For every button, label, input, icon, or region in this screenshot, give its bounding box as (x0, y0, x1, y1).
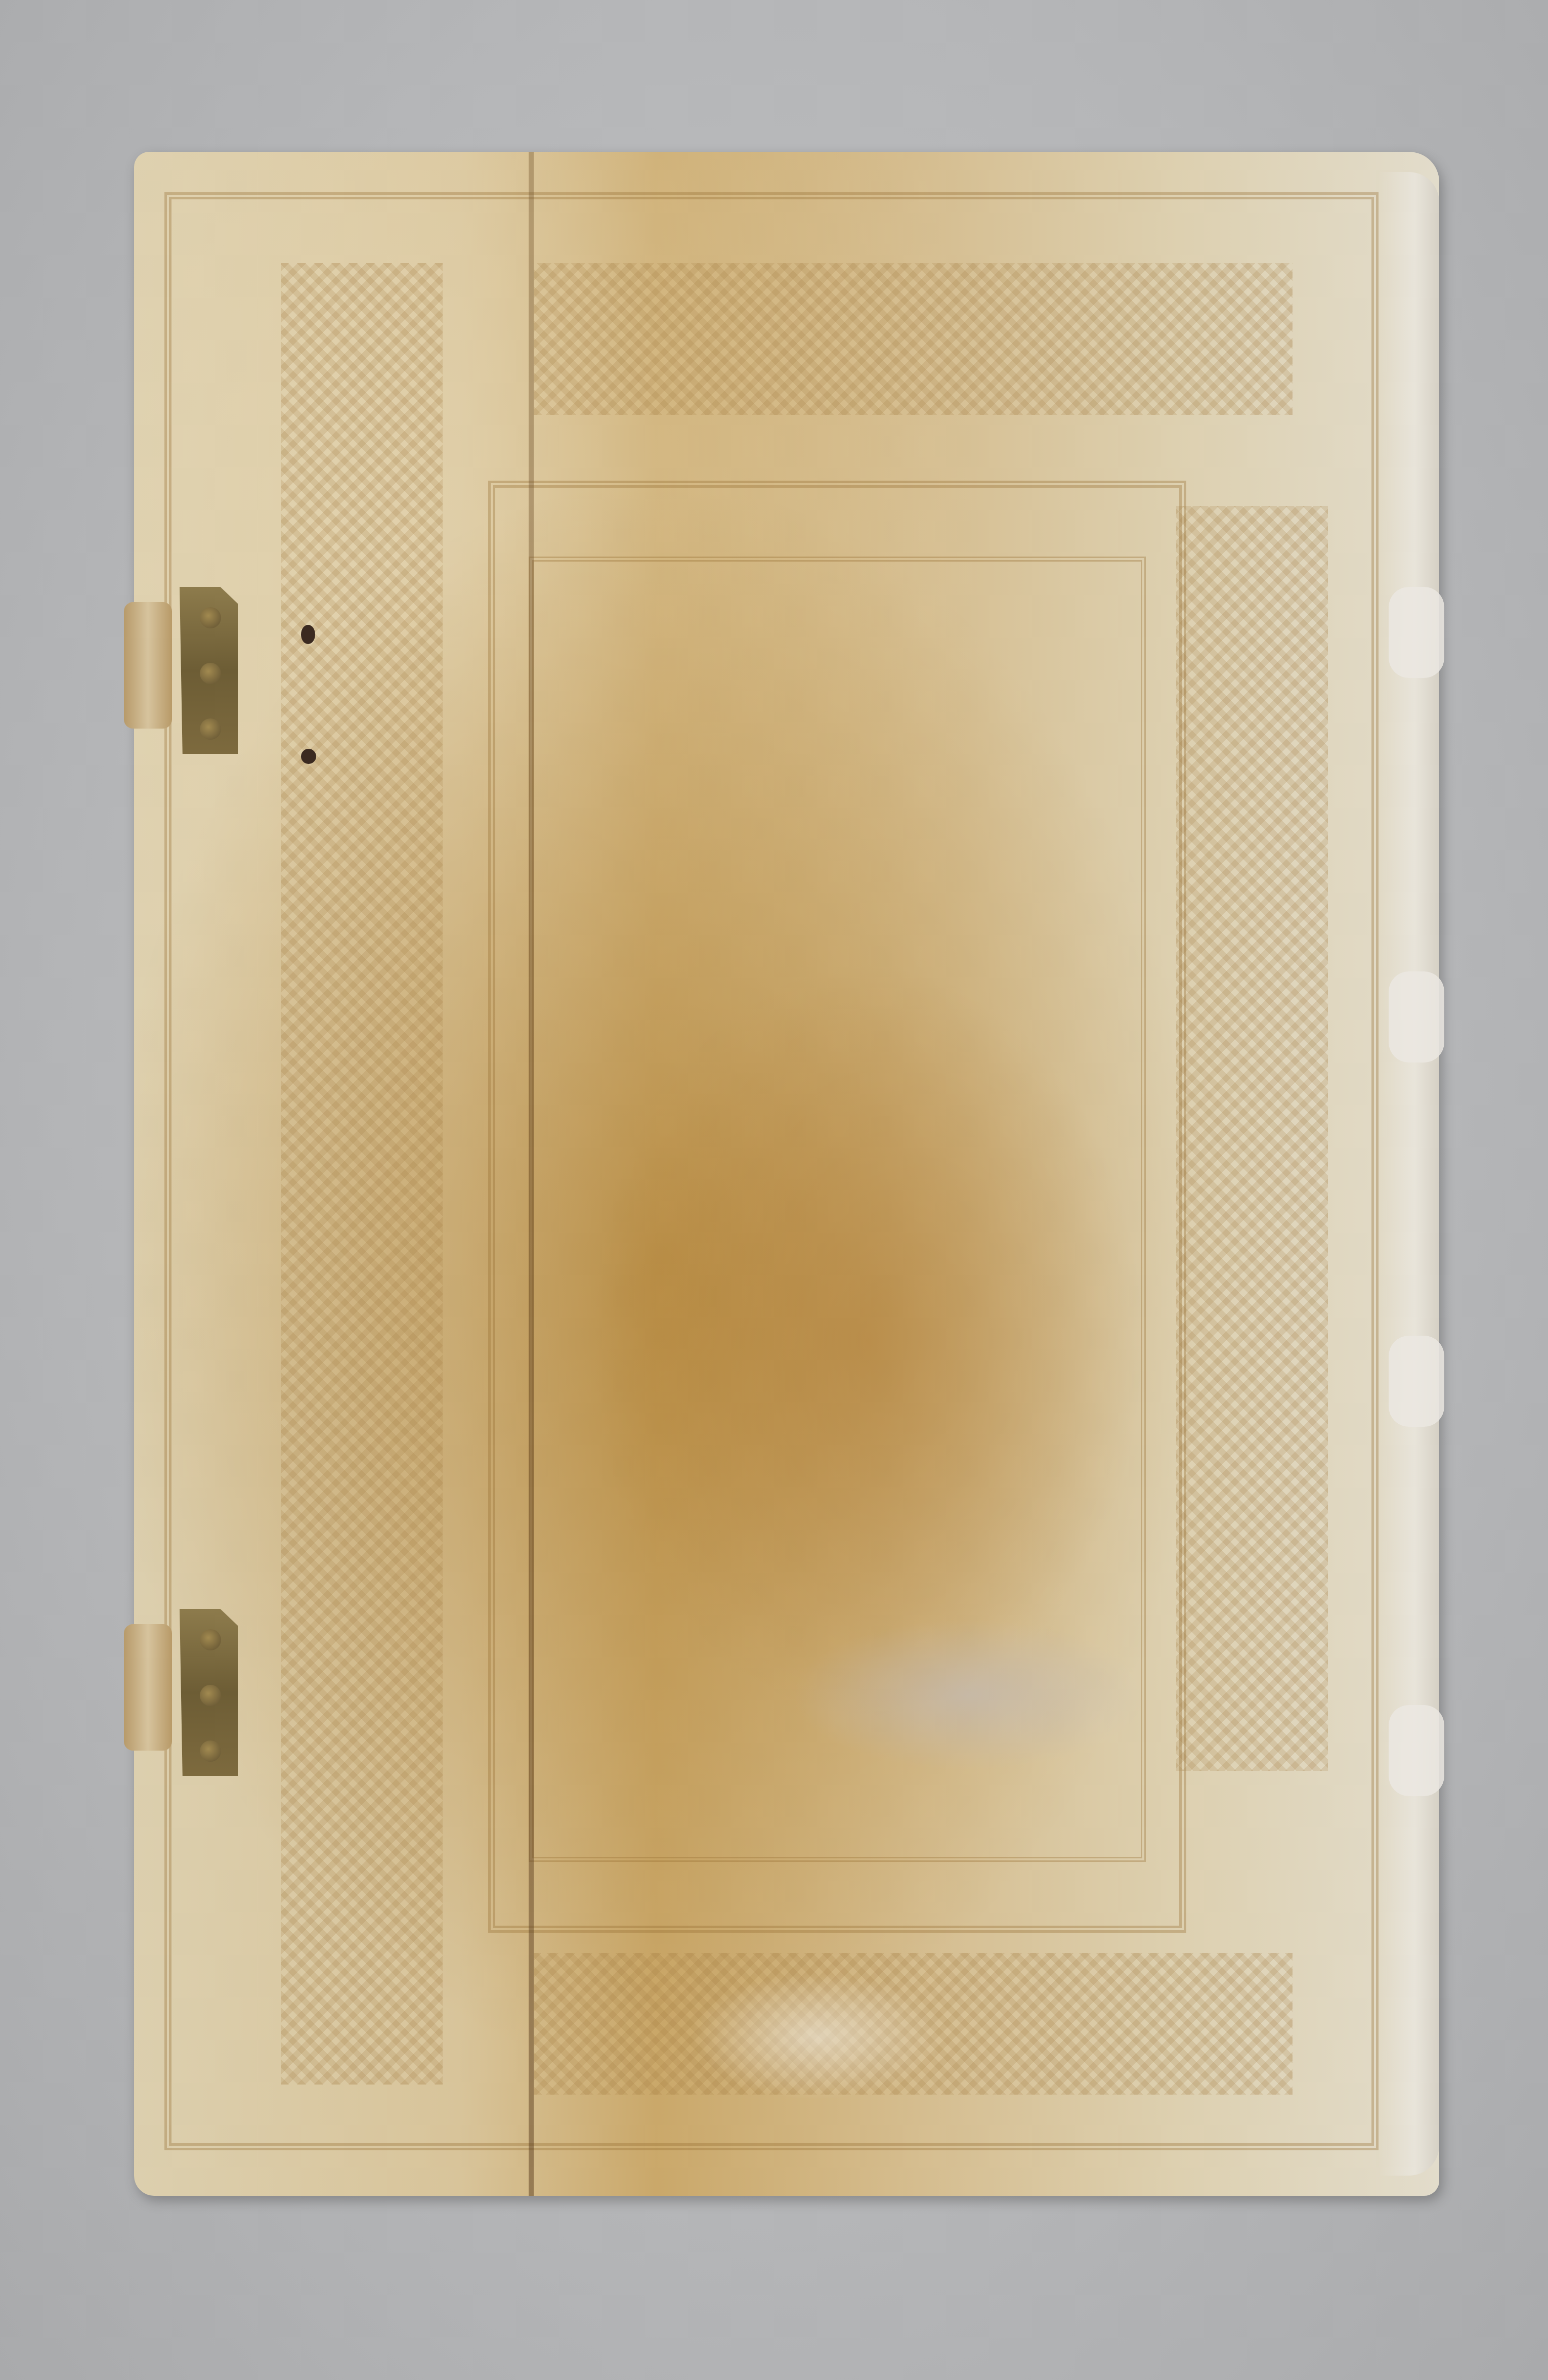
clasp-strap (124, 602, 172, 729)
rivet (200, 1740, 221, 1762)
worn-patch (792, 1619, 1146, 1771)
spine-band (1389, 587, 1444, 678)
rivet (200, 663, 221, 684)
rivet (200, 718, 221, 740)
rivet (200, 607, 221, 628)
clasp-strap (124, 1624, 172, 1751)
vellum-crack (529, 152, 534, 2196)
spine-band (1389, 971, 1444, 1062)
worm-hole (301, 625, 315, 644)
worm-hole (301, 749, 316, 764)
clasp-top (124, 587, 276, 739)
water-stain (589, 961, 1146, 1720)
rivet (200, 1629, 221, 1650)
worn-patch (691, 1973, 943, 2100)
clasp-bottom (124, 1609, 276, 1761)
book-cover (134, 152, 1439, 2196)
spine-edge (1379, 172, 1439, 2176)
rivet (200, 1685, 221, 1706)
spine-band (1389, 1336, 1444, 1427)
spine-band (1389, 1705, 1444, 1796)
